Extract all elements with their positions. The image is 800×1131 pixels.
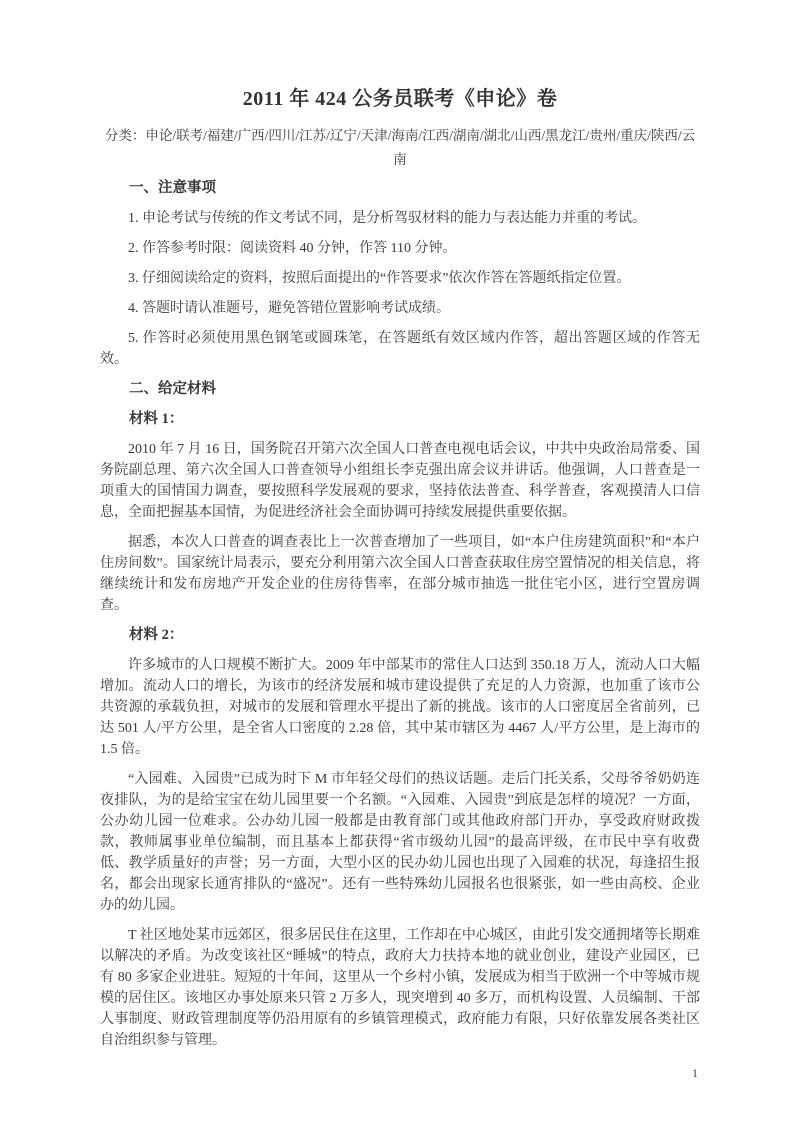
notice-section-heading: 一、注意事项 (100, 178, 700, 199)
notice-item-2: 2. 作答参考时限：阅读资料 40 分钟，作答 110 分钟。 (100, 238, 700, 259)
page-title: 2011 年 424 公务员联考《申论》卷 (100, 86, 700, 112)
notice-item-1: 1. 申论考试与传统的作文考试不同，是分析驾驭材料的能力与表达能力并重的考试。 (100, 208, 700, 229)
notice-item-4: 4. 答题时请认准题号，避免答错位置影响考试成绩。 (100, 298, 700, 319)
page-number: 1 (692, 1066, 698, 1081)
material-1-label: 材料 1： (100, 409, 700, 430)
materials-section-heading: 二、给定材料 (100, 379, 700, 400)
notice-item-3: 3. 仔细阅读给定的资料，按照后面提出的“作答要求”依次作答在答题纸指定位置。 (100, 268, 700, 289)
material-1-paragraph-2: 据悉，本次人口普查的调查表比上一次普查增加了一些项目，如“本户住房建筑面积”和“… (100, 532, 700, 616)
material-1-paragraph-1: 2010 年 7 月 16 日，国务院召开第六次全国人口普查电视电话会议，中共中… (100, 439, 700, 523)
notice-item-5: 5. 作答时必须使用黑色钢笔或圆珠笔，在答题纸有效区域内作答，超出答题区域的作答… (100, 328, 700, 370)
document-page: 2011 年 424 公务员联考《申论》卷 分类：申论/联考/福建/广西/四川/… (0, 0, 800, 1131)
classification-line: 分类：申论/联考/福建/广西/四川/江苏/辽宁/天津/海南/江西/湖南/湖北/山… (100, 124, 700, 172)
material-2-paragraph-1: 许多城市的人口规模不断扩大。2009 年中部某市的常住人口达到 350.18 万… (100, 655, 700, 760)
material-2-label: 材料 2： (100, 625, 700, 646)
document-content: 2011 年 424 公务员联考《申论》卷 分类：申论/联考/福建/广西/四川/… (100, 86, 700, 1060)
material-2-paragraph-2: “入园难、入园贵”已成为时下 M 市年轻父母们的热议话题。走后门托关系，父母爷爷… (100, 769, 700, 916)
material-2-paragraph-3: T 社区地处某市远郊区，很多居民住在这里，工作却在中心城区，由此引发交通拥堵等长… (100, 925, 700, 1051)
